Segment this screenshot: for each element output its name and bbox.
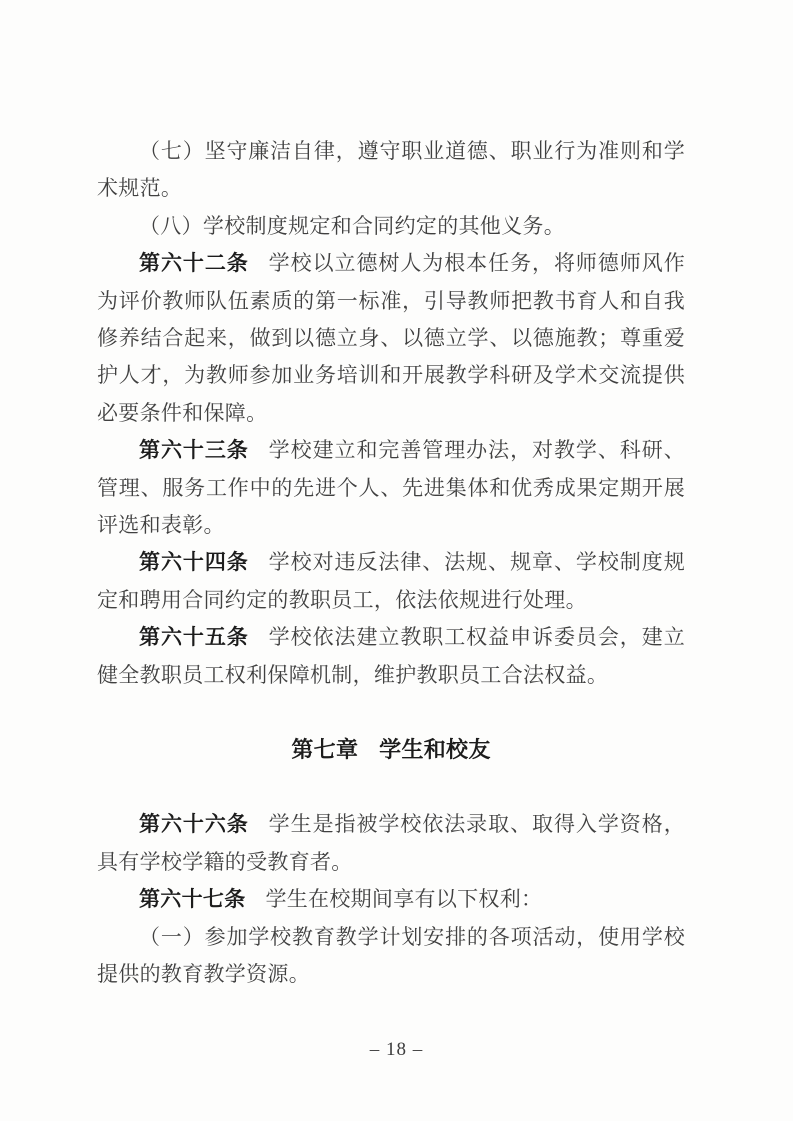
article-text: 学生在校期间享有以下权利： — [265, 887, 542, 911]
article-number: 第六十四条 — [139, 551, 249, 574]
chapter-title: 学生和校友 — [379, 737, 491, 762]
article-number: 第六十七条 — [139, 888, 246, 911]
article-number: 第六十三条 — [139, 439, 249, 462]
page-footer: – 18 – — [0, 1037, 793, 1063]
article-number: 第六十六条 — [139, 813, 249, 836]
list-item-paragraph: （八）学校制度规定和合同约定的其他义务。 — [97, 208, 685, 245]
chapter-heading: 第七章学生和校友 — [97, 731, 685, 768]
document-content: （七）坚守廉洁自律，遵守职业道德、职业行为准则和学术规范。（八）学校制度规定和合… — [97, 133, 685, 993]
article-paragraph: 第六十七条学生在校期间享有以下权利： — [97, 881, 685, 918]
article-number: 第六十五条 — [139, 626, 249, 649]
page-number: – 18 – — [370, 1039, 424, 1060]
article-text: 学校以立德树人为根本任务，将师德师风作为评价教师队伍素质的第一标准，引导教师把教… — [97, 251, 685, 425]
article-paragraph: 第六十三条学校建立和完善管理办法，对教学、科研、管理、服务工作中的先进个人、先进… — [97, 432, 685, 544]
article-paragraph: 第六十四条学校对违反法律、法规、规章、学校制度规定和聘用合同约定的教职员工，依法… — [97, 544, 685, 619]
article-paragraph: 第六十二条学校以立德树人为根本任务，将师德师风作为评价教师队伍素质的第一标准，引… — [97, 245, 685, 432]
article-number: 第六十二条 — [139, 252, 249, 275]
list-item-paragraph: （一）参加学校教育教学计划安排的各项活动，使用学校提供的教育教学资源。 — [97, 919, 685, 994]
article-paragraph: 第六十六条学生是指被学校依法录取、取得入学资格，具有学校学籍的受教育者。 — [97, 806, 685, 881]
chapter-number: 第七章 — [291, 737, 358, 762]
list-item-paragraph: （七）坚守廉洁自律，遵守职业道德、职业行为准则和学术规范。 — [97, 133, 685, 208]
document-page: （七）坚守廉洁自律，遵守职业道德、职业行为准则和学术规范。（八）学校制度规定和合… — [0, 0, 793, 1121]
article-paragraph: 第六十五条学校依法建立教职工权益申诉委员会，建立健全教职员工权利保障机制，维护教… — [97, 619, 685, 694]
